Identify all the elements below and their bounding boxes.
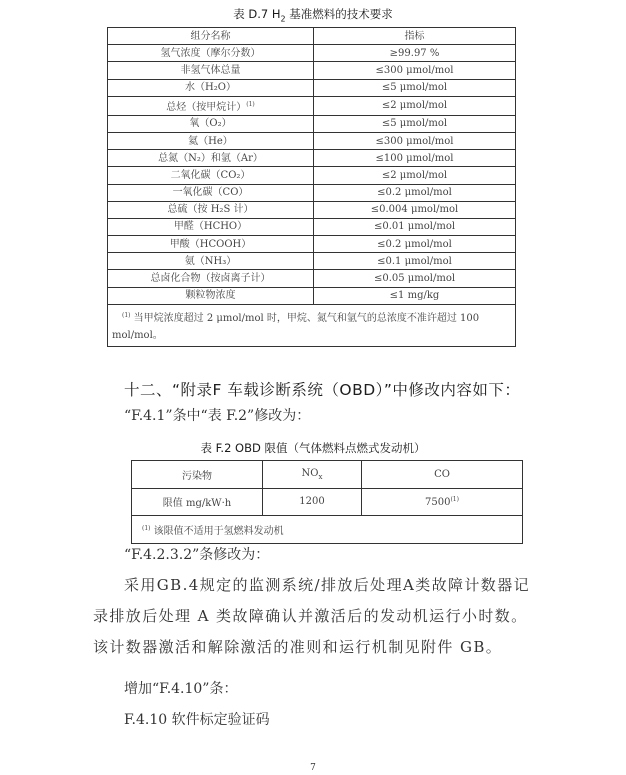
table-row: 氨（NH₃）≤0.1 μmol/mol	[108, 253, 516, 270]
table-d7-caption: 表 D.7 H2 基准燃料的技术要求	[0, 6, 626, 23]
indicator-value-cell: ≥99.97 %	[314, 45, 516, 62]
clause-f41-intro: “F.4.1”条中“表 F.2”修改为：	[124, 405, 310, 425]
component-name-cell: 甲酸（HCOOH）	[108, 236, 314, 253]
indicator-value-cell: ≤2 μmol/mol	[314, 96, 516, 115]
indicator-value-cell: ≤100 μmol/mol	[314, 150, 516, 167]
table-d7: 组分名称 指标 氢气浓度（摩尔分数）≥99.97 %非氢气体总量≤300 μmo…	[107, 27, 516, 347]
cell-co-limit: 7500(1)	[362, 488, 523, 516]
table-f2: 污染物 NOx CO 限值 mg/kW·h 1200 7500(1) (1) 该…	[131, 460, 523, 544]
table-row: 总烃（按甲烷计）(1)≤2 μmol/mol	[108, 96, 516, 115]
component-name-cell: 一氧化碳（CO）	[108, 184, 314, 201]
component-name-cell: 总氮（N₂）和氩（Ar）	[108, 150, 314, 167]
indicator-value-cell: ≤0.01 μmol/mol	[314, 218, 516, 235]
component-name-cell: 二氧化碳（CO₂）	[108, 167, 314, 184]
add-clause-f410: 增加“F.4.10”条：	[124, 678, 237, 698]
page-number: 7	[0, 763, 626, 773]
clause-f4232: “F.4.2.3.2”条修改为：	[124, 544, 269, 564]
indicator-value-cell: ≤0.05 μmol/mol	[314, 270, 516, 287]
table-note: (1) 该限值不适用于氢燃料发动机	[132, 516, 523, 544]
indicator-value-cell: ≤300 μmol/mol	[314, 132, 516, 149]
clause-f410-title: F.4.10 软件标定验证码	[124, 709, 270, 729]
table-note-row: (1) 该限值不适用于氢燃料发动机	[132, 516, 523, 544]
table-row: 氧（O₂）≤5 μmol/mol	[108, 115, 516, 132]
table-f2-caption: 表 F.2 OBD 限值（气体燃料点燃式发动机）	[0, 440, 626, 456]
table-header-row: 组分名称 指标	[108, 28, 516, 45]
indicator-value-cell: ≤0.004 μmol/mol	[314, 201, 516, 218]
table-row: 非氢气体总量≤300 μmol/mol	[108, 62, 516, 79]
table-row: 总卤化合物（按卤离子计）≤0.05 μmol/mol	[108, 270, 516, 287]
component-name-cell: 水（H₂O）	[108, 79, 314, 96]
component-name-cell: 氢气浓度（摩尔分数）	[108, 45, 314, 62]
cell-nox-limit: 1200	[263, 488, 362, 516]
component-name-cell: 总烃（按甲烷计）(1)	[108, 96, 314, 115]
indicator-value-cell: ≤5 μmol/mol	[314, 79, 516, 96]
component-name-cell: 总硫（按 H₂S 计）	[108, 201, 314, 218]
component-name-cell: 氧（O₂）	[108, 115, 314, 132]
row-label-limit: 限值 mg/kW·h	[132, 488, 263, 516]
section-heading: 十二、“附录F 车载诊断系统（OBD）”中修改内容如下：	[124, 378, 520, 400]
component-name-cell: 氦（He）	[108, 132, 314, 149]
indicator-value-cell: ≤0.1 μmol/mol	[314, 253, 516, 270]
table-header-row: 污染物 NOx CO	[132, 461, 523, 489]
table-row: 限值 mg/kW·h 1200 7500(1)	[132, 488, 523, 516]
table-row: 颗粒物浓度≤1 mg/kg	[108, 287, 516, 304]
table-note: (1) 当甲烷浓度超过 2 μmol/mol 时，甲烷、氮气和氩气的总浓度不准许…	[108, 304, 516, 346]
component-name-cell: 氨（NH₃）	[108, 253, 314, 270]
table-row: 氦（He）≤300 μmol/mol	[108, 132, 516, 149]
body-paragraph: 采用GB.4规定的监测系统/排放后处理A类故障计数器记录排放后处理 A 类故障确…	[93, 570, 543, 663]
table-row: 一氧化碳（CO）≤0.2 μmol/mol	[108, 184, 516, 201]
component-name-cell: 颗粒物浓度	[108, 287, 314, 304]
component-name-cell: 非氢气体总量	[108, 62, 314, 79]
indicator-value-cell: ≤2 μmol/mol	[314, 167, 516, 184]
indicator-value-cell: ≤0.2 μmol/mol	[314, 184, 516, 201]
header-indicator: 指标	[314, 28, 516, 45]
table-note-row: (1) 当甲烷浓度超过 2 μmol/mol 时，甲烷、氮气和氩气的总浓度不准许…	[108, 304, 516, 346]
table-row: 二氧化碳（CO₂）≤2 μmol/mol	[108, 167, 516, 184]
table-row: 水（H₂O）≤5 μmol/mol	[108, 79, 516, 96]
table-row: 总氮（N₂）和氩（Ar）≤100 μmol/mol	[108, 150, 516, 167]
indicator-value-cell: ≤5 μmol/mol	[314, 115, 516, 132]
table-row: 氢气浓度（摩尔分数）≥99.97 %	[108, 45, 516, 62]
indicator-value-cell: ≤1 mg/kg	[314, 287, 516, 304]
indicator-value-cell: ≤0.2 μmol/mol	[314, 236, 516, 253]
indicator-value-cell: ≤300 μmol/mol	[314, 62, 516, 79]
table-row: 甲醛（HCHO）≤0.01 μmol/mol	[108, 218, 516, 235]
header-nox: NOx	[263, 461, 362, 489]
header-pollutant: 污染物	[132, 461, 263, 489]
table-row: 总硫（按 H₂S 计）≤0.004 μmol/mol	[108, 201, 516, 218]
component-name-cell: 甲醛（HCHO）	[108, 218, 314, 235]
header-component-name: 组分名称	[108, 28, 314, 45]
table-row: 甲酸（HCOOH）≤0.2 μmol/mol	[108, 236, 516, 253]
header-co: CO	[362, 461, 523, 489]
component-name-cell: 总卤化合物（按卤离子计）	[108, 270, 314, 287]
